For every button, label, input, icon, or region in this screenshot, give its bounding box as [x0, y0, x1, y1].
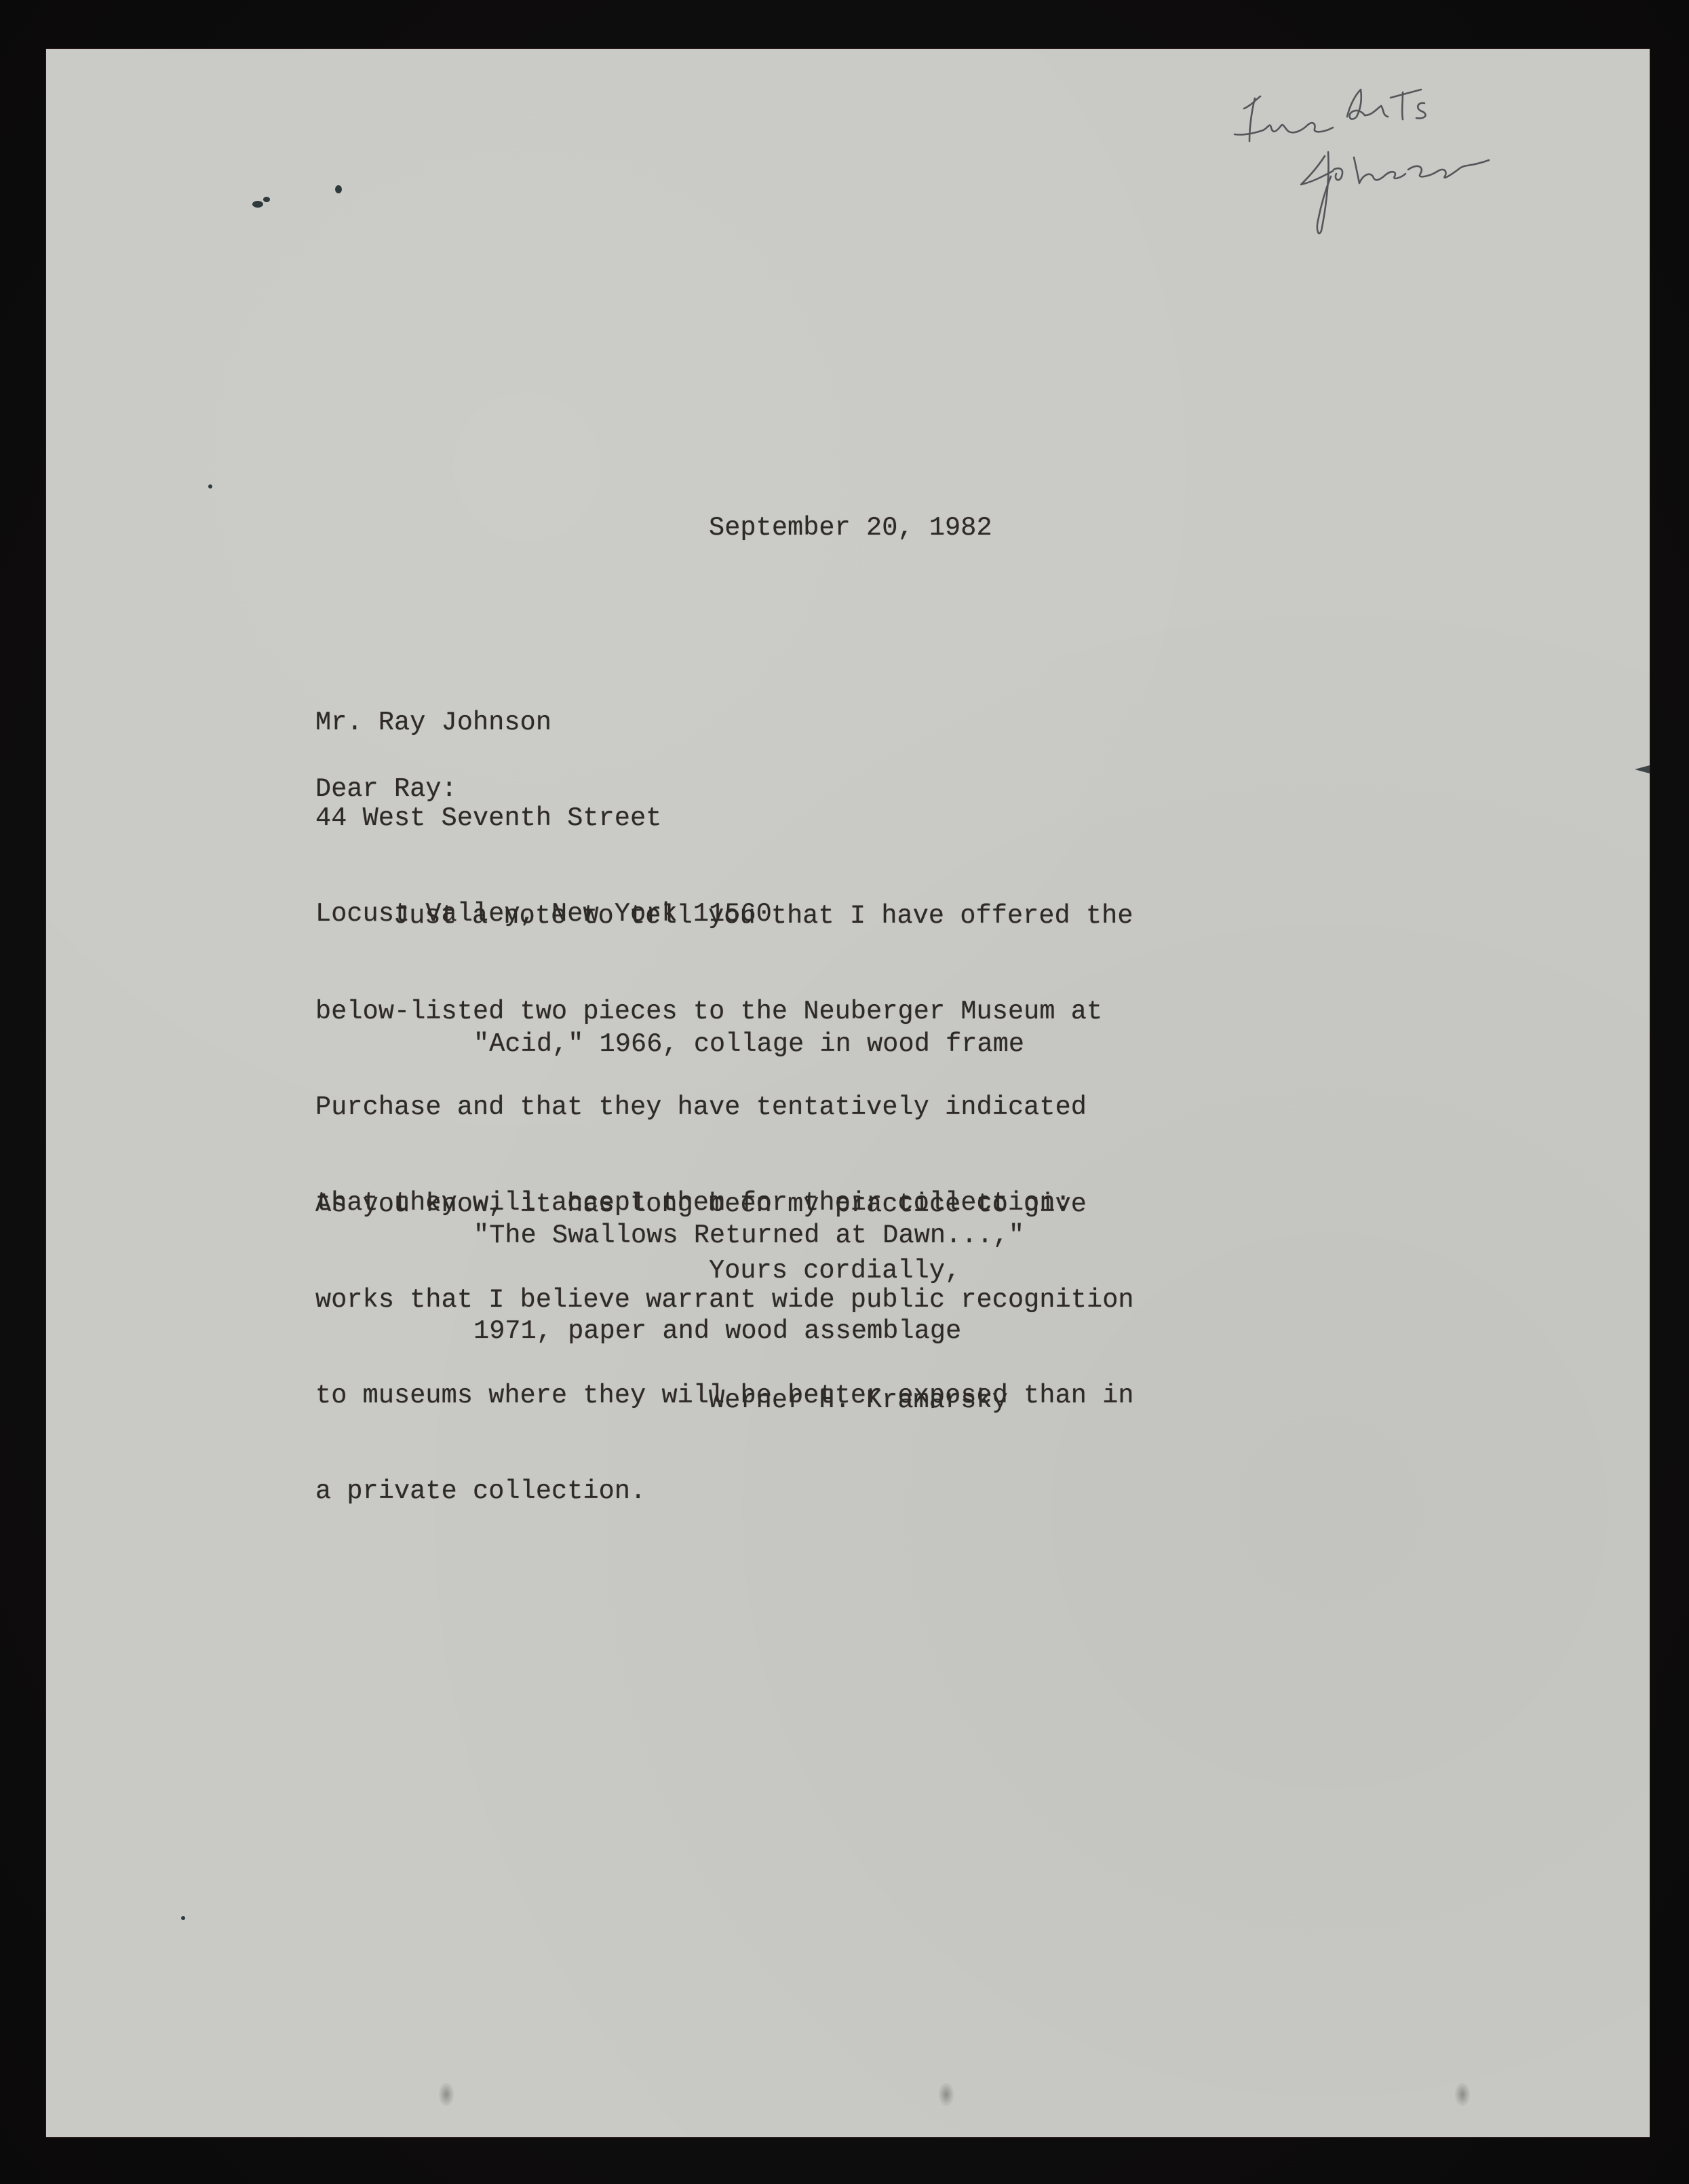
- paragraph-line: As you know, it has long been my practic…: [315, 1189, 1134, 1221]
- complimentary-close: Yours cordially,: [709, 1255, 960, 1287]
- paragraph-line: a private collection.: [315, 1476, 1134, 1508]
- ink-speck: [181, 1916, 185, 1920]
- letter-date: September 20, 1982: [709, 512, 992, 544]
- ink-speck: [263, 197, 270, 202]
- recipient-street: 44 West Seventh Street: [315, 803, 772, 835]
- ink-speck: [335, 185, 342, 193]
- recipient-name: Mr. Ray Johnson: [315, 707, 772, 739]
- body-paragraph-2: As you know, it has long been my practic…: [315, 1125, 1134, 1539]
- artwork-item-acid: "Acid," 1966, collage in wood frame: [473, 1029, 1024, 1060]
- handwritten-annotation: Fine Arts Johnson: [1187, 68, 1526, 258]
- binding-hole-smudge: [939, 2083, 954, 2106]
- paragraph-line: Just a note to tell you that I have offe…: [315, 900, 1133, 932]
- binding-hole-smudge: [1455, 2083, 1470, 2106]
- paragraph-line: works that I believe warrant wide public…: [315, 1284, 1134, 1316]
- signer-name: Werner H. Kramarsky: [709, 1385, 1008, 1417]
- ink-speck: [208, 484, 212, 488]
- edge-tear-mark: [1635, 765, 1650, 773]
- binding-hole-smudge: [439, 2083, 454, 2106]
- ink-speck: [252, 201, 263, 208]
- salutation: Dear Ray:: [315, 773, 457, 805]
- pencil-scribble-icon: [1187, 68, 1526, 258]
